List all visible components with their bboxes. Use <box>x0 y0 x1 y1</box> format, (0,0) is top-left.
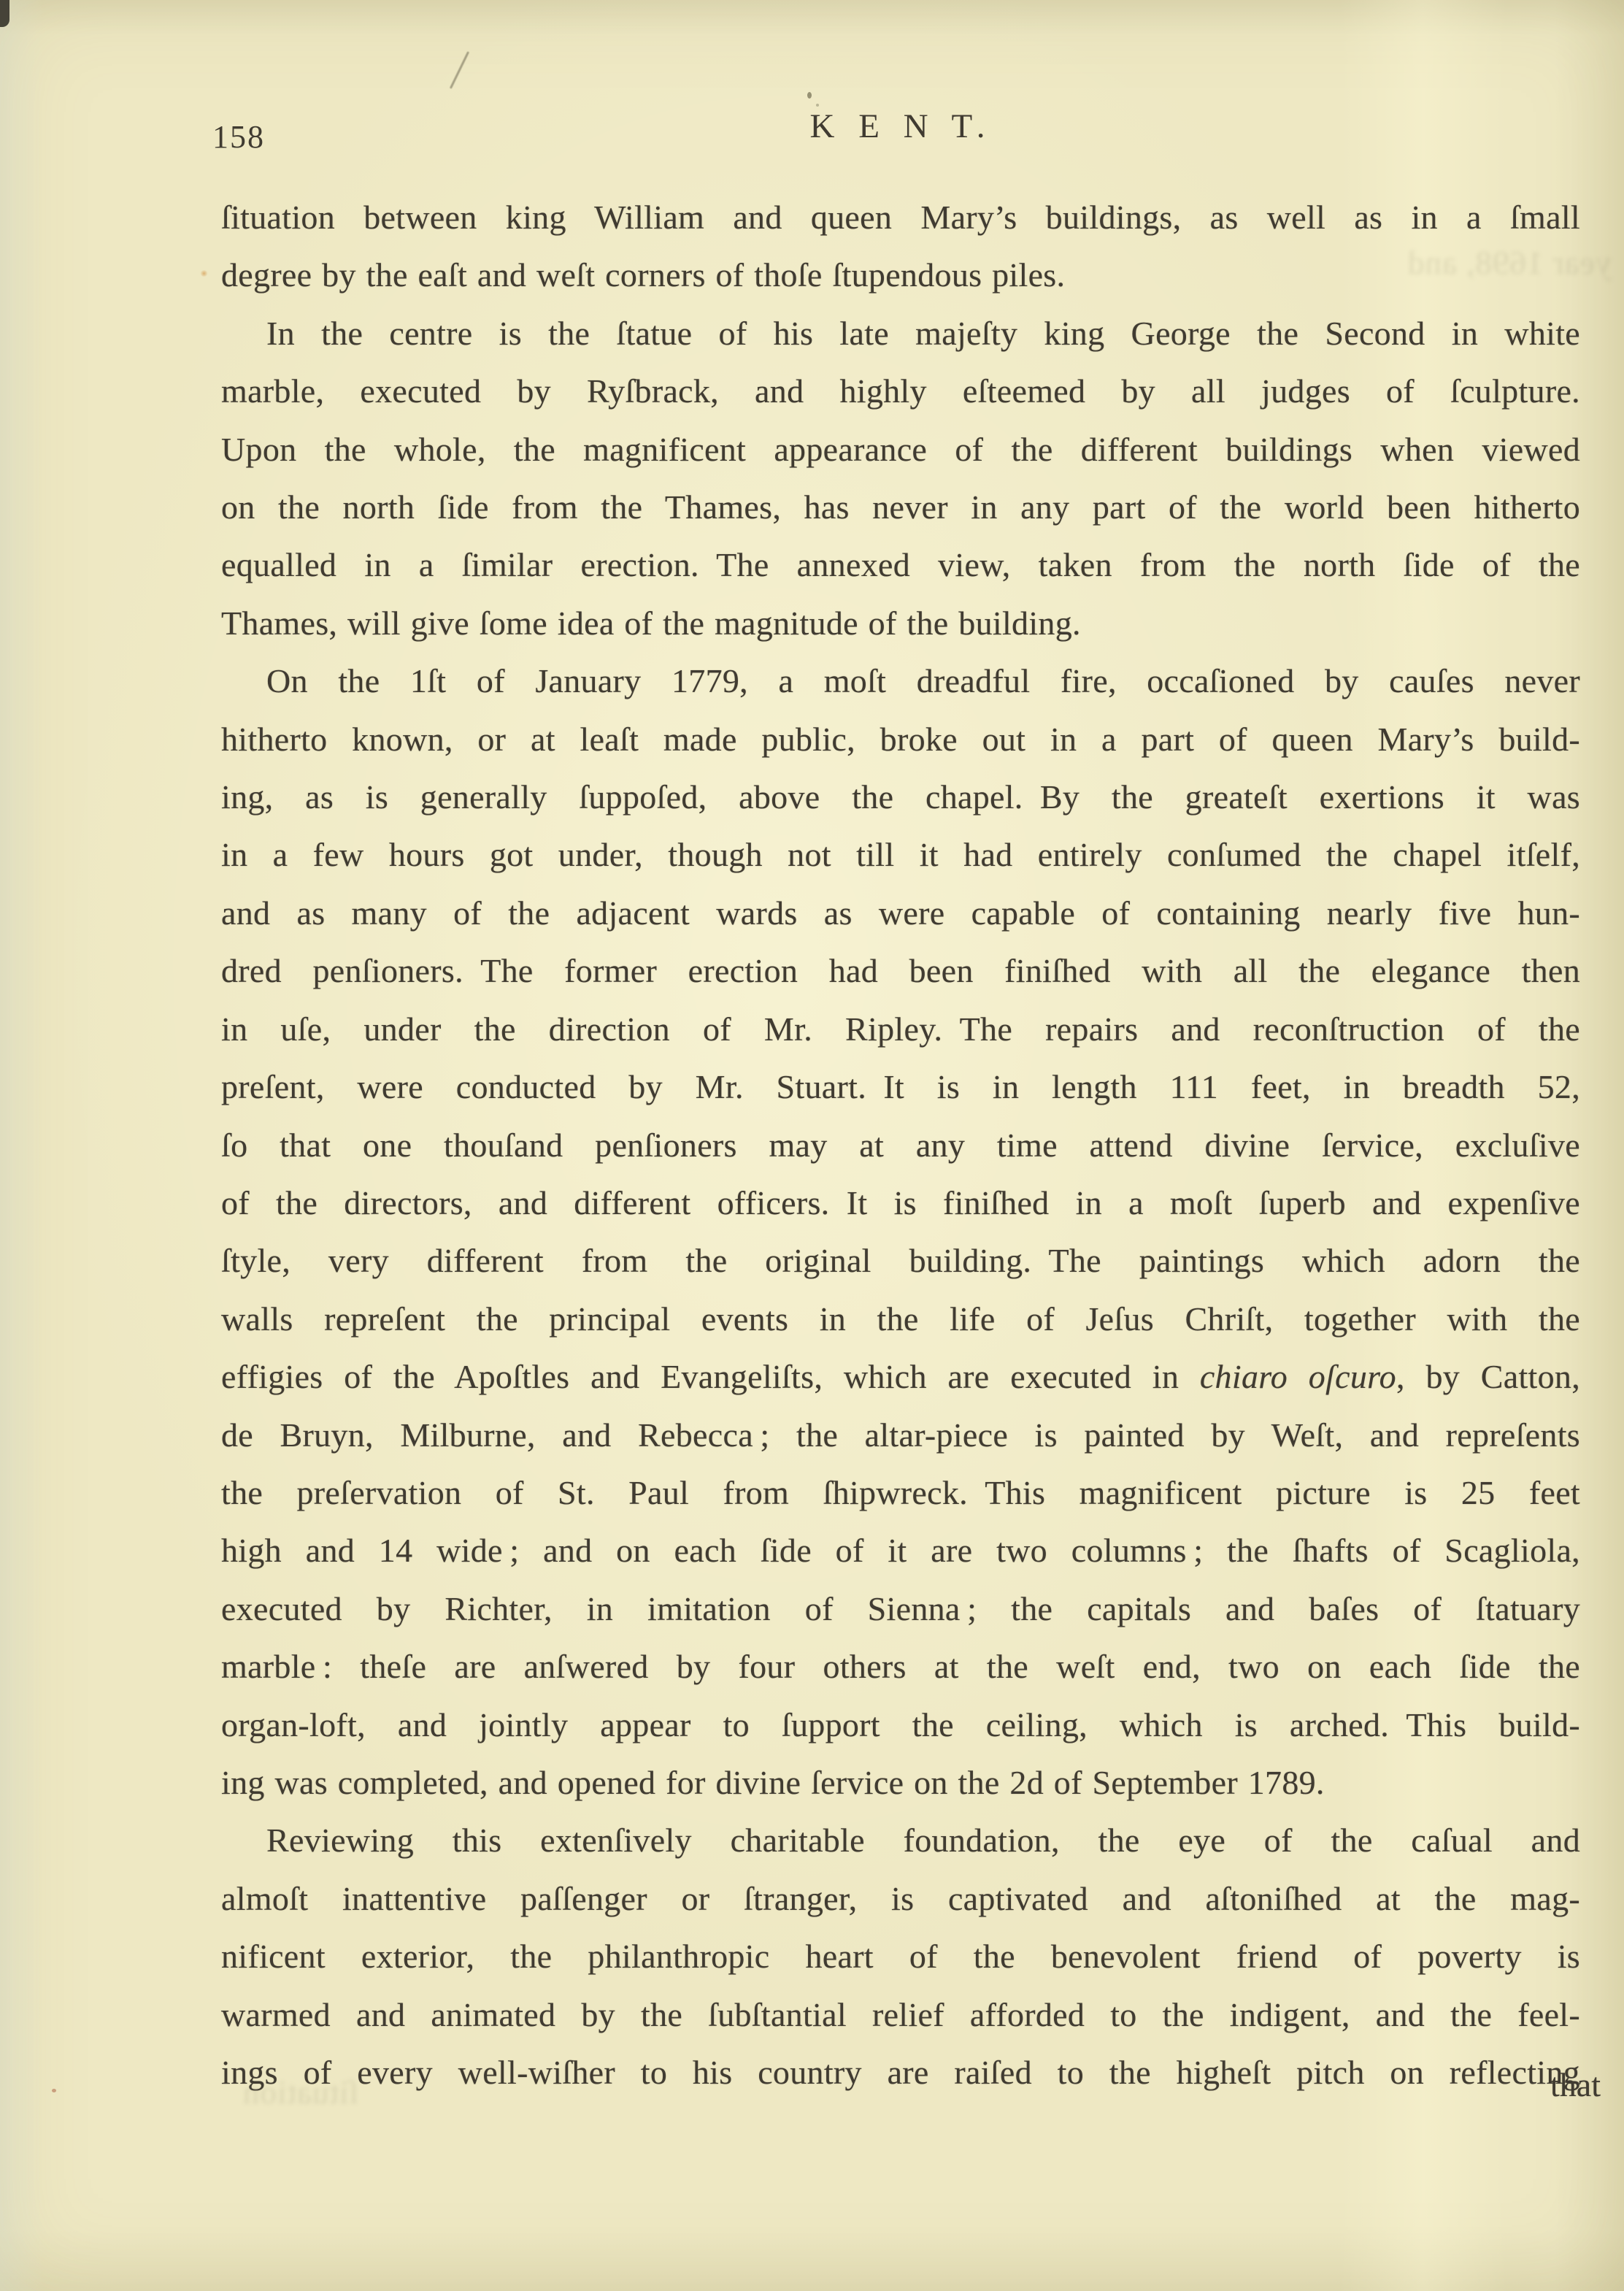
text-segment: de Bruyn, Milburne, and Rebecca ; the al… <box>221 1416 1580 1454</box>
text-segment: almoſt inattentive paſſenger or ſtranger… <box>221 1880 1580 1917</box>
text-line: ſo that one thouſand penſioners may at a… <box>221 1116 1580 1174</box>
text-segment: walls repreſent the principal events in … <box>221 1300 1580 1338</box>
text-segment: marble, executed by Ryſbrack, and highly… <box>221 372 1580 410</box>
text-segment: executed by Richter, in imitation of Sie… <box>221 1590 1580 1627</box>
text-line: of the directors, and different officers… <box>221 1174 1580 1232</box>
paper-stain <box>52 2089 56 2092</box>
text-line: executed by Richter, in imitation of Sie… <box>221 1580 1580 1638</box>
text-line: ing was completed, and opened for divine… <box>221 1754 1580 1811</box>
text-segment: Upon the whole, the magnificent appearan… <box>221 431 1580 468</box>
text-line: in a few hours got under, though not til… <box>221 826 1580 883</box>
ink-speck <box>807 92 812 99</box>
text-line: and as many of the adjacent wards as wer… <box>221 884 1580 942</box>
text-segment: ing, as is generally ſuppoſed, above the… <box>221 778 1580 816</box>
text-line: Reviewing this extenſively charitable fo… <box>221 1811 1580 1869</box>
text-segment: equalled in a ſimilar erection. The anne… <box>221 546 1580 583</box>
text-line: Upon the whole, the magnificent appearan… <box>221 421 1580 478</box>
text-line: effigies of the Apoſtles and Evangeliſts… <box>221 1348 1580 1405</box>
text-segment: degree by the eaſt and weſt corners of t… <box>221 256 1065 293</box>
text-segment: In the centre is the ſtatue of his late … <box>266 315 1580 352</box>
text-segment: effigies of the Apoſtles and Evangeliſts… <box>221 1358 1200 1395</box>
text-segment: high and 14 wide ; and on each ſide of i… <box>221 1532 1580 1569</box>
text-segment: hitherto known, or at leaſt made public,… <box>221 721 1580 758</box>
text-line: hitherto known, or at leaſt made public,… <box>221 710 1580 768</box>
text-segment: ſo that one thouſand penſioners may at a… <box>221 1127 1580 1164</box>
text-line: the preſervation of St. Paul from ſhipwr… <box>221 1464 1580 1521</box>
text-line: on the north ſide from the Thames, has n… <box>221 478 1580 536</box>
text-line: ſituation between king William and queen… <box>221 188 1580 246</box>
text-segment: in uſe, under the direction of Mr. Riple… <box>221 1010 1580 1048</box>
text-line: marble : theſe are anſwered by four othe… <box>221 1638 1580 1695</box>
text-segment: marble : theſe are anſwered by four othe… <box>221 1648 1580 1685</box>
text-line: organ-loft, and jointly appear to ſuppor… <box>221 1696 1580 1754</box>
text-line: nificent exterior, the philanthropic hea… <box>221 1927 1580 1985</box>
text-segment: On the 1ſt of January 1779, a moſt dread… <box>266 662 1580 699</box>
italic-text: chiaro oſcuro <box>1200 1358 1396 1395</box>
text-segment: nificent exterior, the philanthropic hea… <box>221 1938 1580 1975</box>
text-segment: of the directors, and different officers… <box>221 1184 1580 1221</box>
text-line: degree by the eaſt and weſt corners of t… <box>221 246 1580 304</box>
text-segment: dred penſioners. The former erection had… <box>221 952 1580 989</box>
text-line: ing, as is generally ſuppoſed, above the… <box>221 768 1580 826</box>
text-segment: , by Catton, <box>1396 1358 1580 1395</box>
catchword: that <box>221 2065 1601 2105</box>
text-segment: in a few hours got under, though not til… <box>221 836 1580 873</box>
text-line: dred penſioners. The former erection had… <box>221 942 1580 999</box>
paper-stain <box>200 270 208 277</box>
text-line: preſent, were conducted by Mr. Stuart. I… <box>221 1058 1580 1116</box>
text-line: almoſt inattentive paſſenger or ſtranger… <box>221 1870 1580 1927</box>
text-segment: warmed and animated by the ſubſtantial r… <box>221 1996 1580 2033</box>
text-segment: ſituation between king William and queen… <box>221 199 1580 236</box>
text-segment: the preſervation of St. Paul from ſhipwr… <box>221 1474 1580 1511</box>
text-segment: preſent, were conducted by Mr. Stuart. I… <box>221 1068 1580 1105</box>
ink-scratch-mark <box>450 51 469 89</box>
text-line: marble, executed by Ryſbrack, and highly… <box>221 362 1580 420</box>
text-line: In the centre is the ſtatue of his late … <box>221 304 1580 362</box>
text-segment: on the north ſide from the Thames, has n… <box>221 488 1580 526</box>
text-segment: ſtyle, very different from the original … <box>221 1242 1580 1279</box>
text-segment: ing was completed, and opened for divine… <box>221 1764 1325 1801</box>
ink-speck <box>816 104 819 107</box>
text-segment: organ-loft, and jointly appear to ſuppor… <box>221 1706 1580 1743</box>
text-line: in uſe, under the direction of Mr. Riple… <box>221 1000 1580 1058</box>
text-line: ſtyle, very different from the original … <box>221 1232 1580 1289</box>
text-segment: Reviewing this extenſively charitable fo… <box>266 1822 1580 1859</box>
text-line: high and 14 wide ; and on each ſide of i… <box>221 1521 1580 1579</box>
text-segment: Thames, will give ſome idea of the magni… <box>221 605 1081 642</box>
text-line: On the 1ſt of January 1779, a moſt dread… <box>221 652 1580 710</box>
running-head: K E N T. <box>221 110 1580 144</box>
text-line: de Bruyn, Milburne, and Rebecca ; the al… <box>221 1406 1580 1464</box>
text-line: warmed and animated by the ſubſtantial r… <box>221 1986 1580 2044</box>
body-text: ſituation between king William and queen… <box>221 188 1580 2101</box>
book-page: 158 K E N T. ſituation between king Will… <box>0 0 1624 2291</box>
text-line: equalled in a ſimilar erection. The anne… <box>221 536 1580 594</box>
text-line: walls repreſent the principal events in … <box>221 1290 1580 1348</box>
text-line: Thames, will give ſome idea of the magni… <box>221 594 1580 652</box>
scan-corner-mark <box>0 0 9 27</box>
text-segment: and as many of the adjacent wards as wer… <box>221 894 1580 932</box>
